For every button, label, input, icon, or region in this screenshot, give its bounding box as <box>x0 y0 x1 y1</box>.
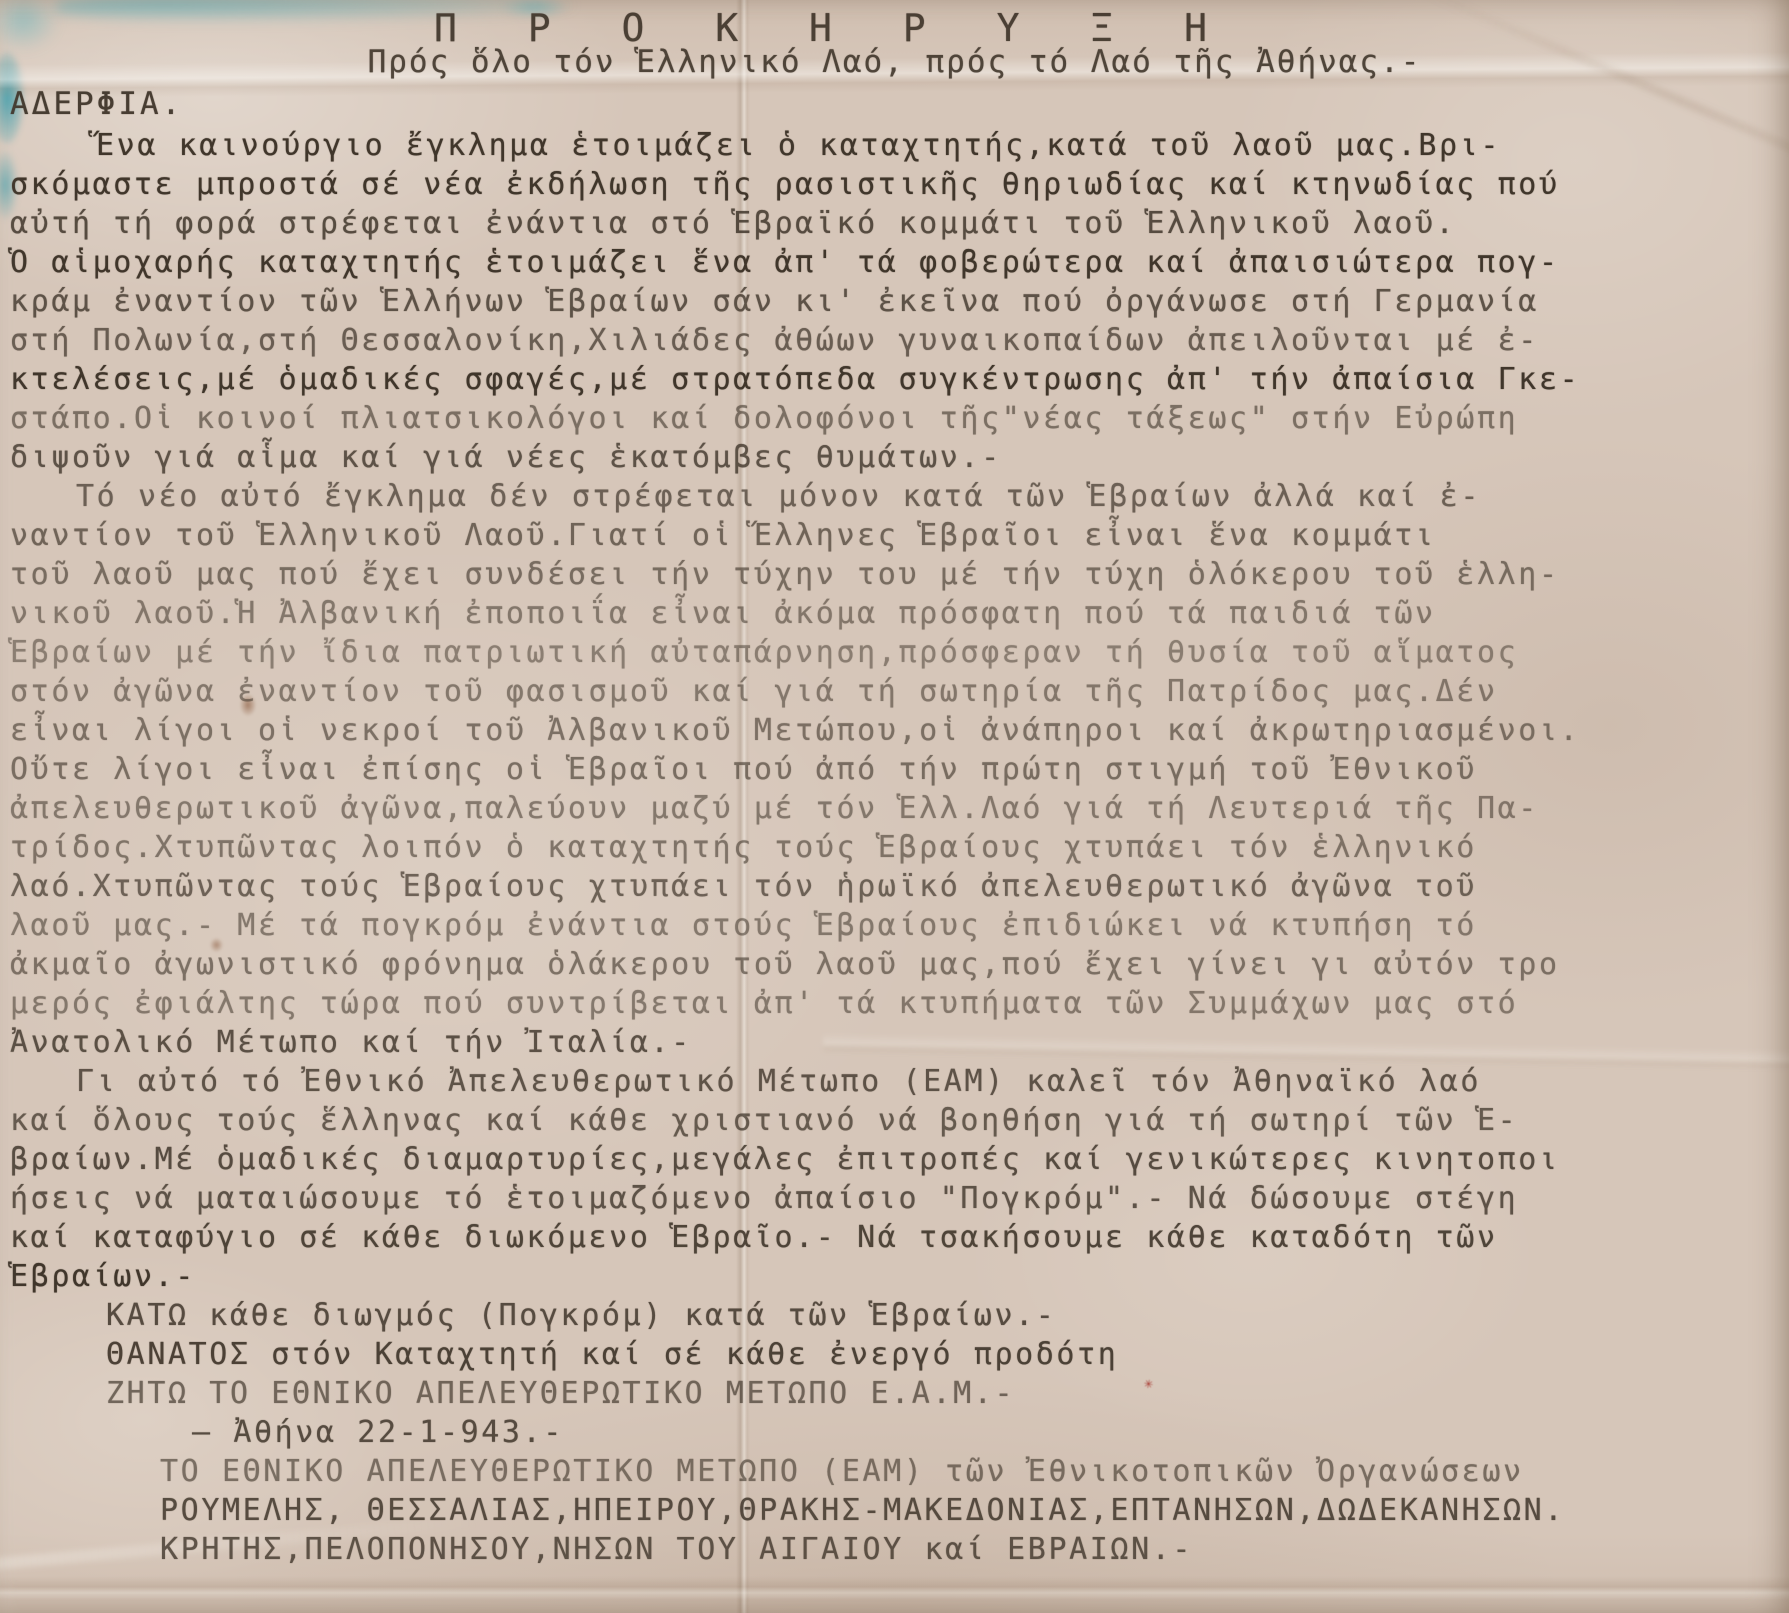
text-line: ΡΟΥΜΕΛΗΣ, ΘΕΣΣΑΛΙΑΣ,ΗΠΕΙΡΟΥ,ΘΡΑΚΗΣ-ΜΑΚΕΔ… <box>10 1491 1785 1530</box>
text-line: τοῦ λαοῦ μας πού ἔχει συνδέσει τήν τύχην… <box>10 555 1785 594</box>
salutation: ΑΔΕΡΦΙΑ. <box>10 86 183 122</box>
text-line: καί καταφύγιο σέ κάθε διωκόμενο Ἑβραῖο.-… <box>10 1218 1785 1257</box>
text-line: βραίων.Μέ ὁμαδικές διαμαρτυρίες,μεγάλες … <box>10 1140 1785 1179</box>
text-line: καί ὅλους τούς ἕλληνας καί κάθε χριστιαν… <box>10 1101 1785 1140</box>
text-line: ἀπελευθερωτικοῦ ἀγῶνα,παλεύουν μαζύ μέ τ… <box>10 789 1785 828</box>
text-line: Ἑβραίων.- <box>10 1257 1785 1296</box>
paragraph-1: Ἕνα καινούργιο ἔγκλημα ἑτοιμάζει ὁ καταχ… <box>10 126 1785 477</box>
paragraph-2: Τό νέο αὐτό ἔγκλημα δέν στρέφεται μόνον … <box>10 477 1785 1062</box>
text-line: ἀκμαῖο ἀγωνιστικό φρόνημα ὁλάκερου τοῦ λ… <box>10 945 1785 984</box>
text-line: μερός ἐφιάλτης τώρα πού συντρίβεται ἀπ' … <box>10 984 1785 1023</box>
text-line: διψοῦν γιά αἷμα καί γιά νέες ἑκατόμβες θ… <box>10 438 1785 477</box>
document-body: Ἕνα καινούργιο ἔγκλημα ἑτοιμάζει ὁ καταχ… <box>10 126 1785 1569</box>
text-line: στάπο.Οἱ κοινοί πλιατσικολόγοι καί δολοφ… <box>10 399 1785 438</box>
text-line: ναντίον τοῦ Ἑλληνικοῦ Λαοῦ.Γιατί οἱ Ἕλλη… <box>10 516 1785 555</box>
date-block: — Ἀθήνα 22-1-943.- <box>10 1413 1785 1452</box>
typewritten-text-layer: Π Ρ Ο Κ Η Ρ Υ Ξ Η Πρός ὅλο τόν Ἑλληνικό … <box>0 0 1789 1613</box>
text-line: Τό νέο αὐτό ἔγκλημα δέν στρέφεται μόνον … <box>10 477 1785 516</box>
text-line: ΚΡΗΤΗΣ,ΠΕΛΟΠΟΝΗΣΟΥ,ΝΗΣΩΝ ΤΟΥ ΑΙΓΑΙΟΥ καί… <box>10 1530 1785 1569</box>
text-line: ΘΑΝΑΤΟΣ στόν Καταχτητή καί σέ κάθε ἐνεργ… <box>10 1335 1785 1374</box>
text-line: σκόμαστε μπροστά σέ νέα ἐκδήλωση τῆς ρασ… <box>10 165 1785 204</box>
text-line: Ἀνατολικό Μέτωπο καί τήν Ἰταλία.- <box>10 1023 1785 1062</box>
slogan-block: ΚΑΤΩ κάθε διωγμός (Πογκρόμ) κατά τῶν Ἑβρ… <box>10 1296 1785 1413</box>
document-subtitle: Πρός ὅλο τόν Ἑλληνικό Λαό, πρός τό Λαό τ… <box>0 44 1789 80</box>
date-line: — Ἀθήνα 22-1-943.- <box>10 1413 1785 1452</box>
text-line: κράμ ἐναντίον τῶν Ἑλλήνων Ἑβραίων σάν κι… <box>10 282 1785 321</box>
text-line: Γι αὐτό τό Ἐθνικό Ἀπελευθερωτικό Μέτωπο … <box>10 1062 1785 1101</box>
text-line: εἶναι λίγοι οἱ νεκροί τοῦ Ἀλβανικοῦ Μετώ… <box>10 711 1785 750</box>
text-line: τρίδος.Χτυπῶντας λοιπόν ὁ καταχτητής τού… <box>10 828 1785 867</box>
text-line: αὐτή τή φορά στρέφεται ἐνάντια στό Ἑβραϊ… <box>10 204 1785 243</box>
signature-block: ΤΟ ΕΘΝΙΚΟ ΑΠΕΛΕΥΘΕΡΩΤΙΚΟ ΜΕΤΩΠΟ (ΕΑΜ) τῶ… <box>10 1452 1785 1569</box>
text-line: ΚΑΤΩ κάθε διωγμός (Πογκρόμ) κατά τῶν Ἑβρ… <box>10 1296 1785 1335</box>
text-line: νικοῦ λαοῦ.Ἡ Ἀλβανική ἐποποιΐα εἶναι ἀκό… <box>10 594 1785 633</box>
text-line: Ἕνα καινούργιο ἔγκλημα ἑτοιμάζει ὁ καταχ… <box>10 126 1785 165</box>
text-line: Ὁ αἱμοχαρής καταχτητής ἑτοιμάζει ἕνα ἀπ'… <box>10 243 1785 282</box>
text-line: κτελέσεις,μέ ὁμαδικές σφαγές,μέ στρατόπε… <box>10 360 1785 399</box>
paragraph-3: Γι αὐτό τό Ἐθνικό Ἀπελευθερωτικό Μέτωπο … <box>10 1062 1785 1296</box>
text-line: στόν ἀγῶνα ἐναντίον τοῦ φασισμοῦ καί γιά… <box>10 672 1785 711</box>
text-line: Ἑβραίων μέ τήν ἴδια πατριωτική αὐταπάρνη… <box>10 633 1785 672</box>
document-page: Π Ρ Ο Κ Η Ρ Υ Ξ Η Πρός ὅλο τόν Ἑλληνικό … <box>0 0 1789 1613</box>
text-line: ΖΗΤΩ ΤΟ ΕΘΝΙΚΟ ΑΠΕΛΕΥΘΕΡΩΤΙΚΟ ΜΕΤΩΠΟ Ε.Α… <box>10 1374 1785 1413</box>
text-line: λαοῦ μας.- Μέ τά πογκρόμ ἐνάντια στούς Ἑ… <box>10 906 1785 945</box>
text-line: στή Πολωνία,στή Θεσσαλονίκη,Χιλιάδες ἀθώ… <box>10 321 1785 360</box>
text-line: ΤΟ ΕΘΝΙΚΟ ΑΠΕΛΕΥΘΕΡΩΤΙΚΟ ΜΕΤΩΠΟ (ΕΑΜ) τῶ… <box>10 1452 1785 1491</box>
text-line: ήσεις νά ματαιώσουμε τό ἑτοιμαζόμενο ἀπα… <box>10 1179 1785 1218</box>
text-line: Οὔτε λίγοι εἶναι ἐπίσης οἱ Ἑβραῖοι πού ἀ… <box>10 750 1785 789</box>
text-line: λαό.Χτυπῶντας τούς Ἑβραίους χτυπάει τόν … <box>10 867 1785 906</box>
